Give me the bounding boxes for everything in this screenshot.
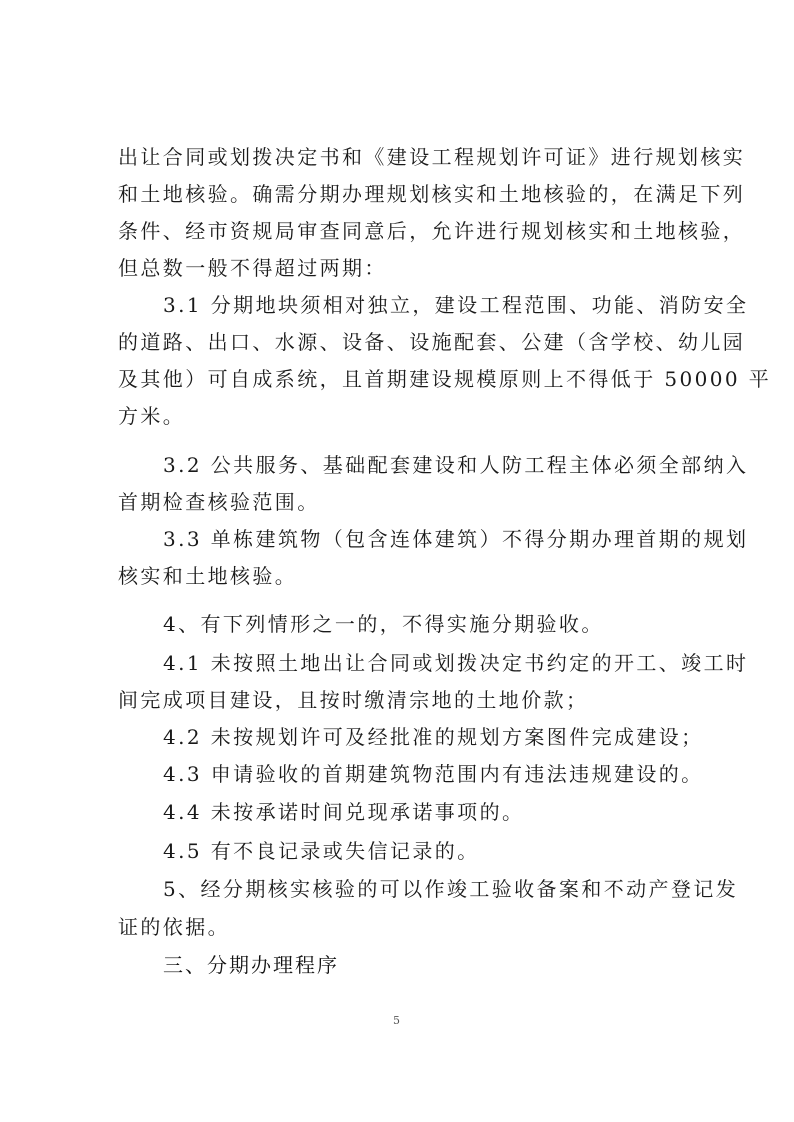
clause-3-1-line-1: 3.1 分期地块须相对独立，建设工程范围、功能、消防安全 <box>163 293 684 317</box>
document-page: 出让合同或划拨决定书和《建设工程规划许可证》进行规划核实 和土地核验。确需分期办… <box>0 0 794 1122</box>
clause-4-1-line-1: 4.1 未按照土地出让合同或划拨决定书约定的开工、竣工时 <box>163 651 684 675</box>
body-line-1: 出让合同或划拨决定书和《建设工程规划许可证》进行规划核实 <box>118 145 684 169</box>
clause-4-line: 4、有下列情形之一的，不得实施分期验收。 <box>163 612 684 636</box>
clause-4-3-line: 4.3 申请验收的首期建筑物范围内有违法违规建设的。 <box>163 762 684 786</box>
clause-3-2-line-2: 首期检查核验范围。 <box>118 490 684 514</box>
clause-4-2-line: 4.2 未按规划许可及经批准的规划方案图件完成建设； <box>163 725 684 749</box>
clause-3-3-line-2: 核实和土地核验。 <box>118 564 684 588</box>
clause-4-1-line-2: 间完成项目建设，且按时缴清宗地的土地价款； <box>118 688 684 712</box>
clause-5-line-1: 5、经分期核实核验的可以作竣工验收备案和不动产登记发 <box>163 877 684 901</box>
page-number: 5 <box>393 1014 400 1027</box>
section-heading: 三、分期办理程序 <box>163 953 339 977</box>
clause-3-2-line-1: 3.2 公共服务、基础配套建设和人防工程主体必须全部纳入 <box>163 453 684 477</box>
clause-3-1-line-2: 的道路、出口、水源、设备、设施配套、公建（含学校、幼儿园 <box>118 330 684 354</box>
clause-3-3-line-1: 3.3 单栋建筑物（包含连体建筑）不得分期办理首期的规划 <box>163 527 684 551</box>
clause-3-1-line-4: 方米。 <box>118 404 684 428</box>
clause-3-1-line-3: 及其他）可自成系统，且首期建设规模原则上不得低于 50000 平 <box>118 367 684 391</box>
clause-5-line-2: 证的依据。 <box>118 915 684 939</box>
body-line-2: 和土地核验。确需分期办理规划核实和土地核验的，在满足下列 <box>118 182 684 206</box>
body-line-4: 但总数一般不得超过两期： <box>118 256 684 280</box>
clause-4-4-line: 4.4 未按承诺时间兑现承诺事项的。 <box>163 800 684 824</box>
clause-4-5-line: 4.5 有不良记录或失信记录的。 <box>163 839 684 863</box>
body-line-3: 条件、经市资规局审查同意后，允许进行规划核实和土地核验， <box>118 219 684 243</box>
